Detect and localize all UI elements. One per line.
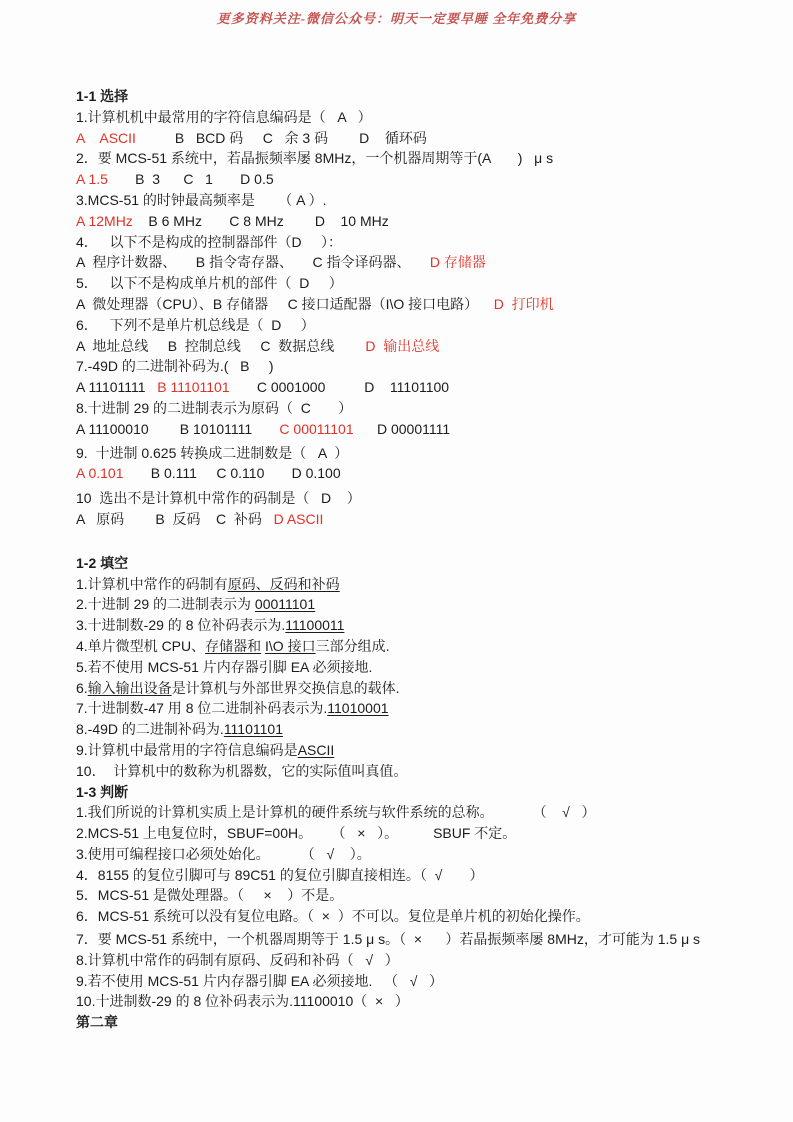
- text-segment: 是计算机与外部世界交换信息的载体.: [172, 680, 400, 696]
- text-line: 7.-49D 的二进制补码为.( B ): [76, 356, 783, 377]
- text-line: 8.十进制 29 的二进制表示为原码（ C ）: [76, 398, 783, 419]
- text-line: 9. 十进制 0.625 转换成二进制数是（ A ）: [76, 443, 783, 464]
- text-line: A 地址总线 B 控制总线 C 数据总线 D 输出总线: [76, 336, 783, 357]
- text-segment: 9. 十进制 0.625 转换成二进制数是（ A ）: [76, 445, 348, 461]
- text-line: 5.若不使用 MCS-51 片内存器引脚 EA 必须接地.: [76, 657, 783, 678]
- text-segment: A 原码 B 反码 C 补码: [76, 511, 274, 527]
- text-line: 6． 下列不是单片机总线是（ D ）: [76, 315, 783, 336]
- text-segment: 7.-49D 的二进制补码为.( B ): [76, 358, 274, 374]
- text-segment: B BCD 码 C 余 3 码 D 循环码: [136, 130, 427, 146]
- answer-red-segment: C 00011101: [279, 421, 353, 437]
- text-segment: 8.十进制 29 的二进制表示为原码（ C ）: [76, 400, 352, 416]
- text-segment: A 程序计数器、 B 指令寄存器、 C 指令译码器、: [76, 254, 430, 270]
- text-segment: A 地址总线 B 控制总线 C 数据总线: [76, 338, 365, 354]
- text-line: 4．8155 的复位引脚可与 89C51 的复位引脚直接相连。（ √ ）: [76, 865, 783, 886]
- fill-blank-answer: 00011101: [255, 596, 315, 612]
- text-segment: 9.若不使用 MCS-51 片内存器引脚 EA 必须接地. （ √ ）: [76, 973, 443, 989]
- text-line: 10.十进制数-29 的 8 位补码表示为.11100010（ × ）: [76, 991, 783, 1012]
- text-segment: 2.MCS-51 上电复位时，SBUF=00H。 （ × ）。 SBUF 不定。: [76, 825, 516, 841]
- text-segment: 3.MCS-51 的时钟最高频率是 （ A ）.: [76, 192, 326, 208]
- text-segment: A 11100010 B 10101111: [76, 421, 279, 437]
- fill-blank-answer: I\O 接口: [265, 638, 316, 654]
- text-segment: 3.十进制数-29 的 8 位补码表示为.: [76, 617, 285, 633]
- text-line: 2．要 MCS-51 系统中，若晶振频率屡 8MHz，一个机器周期等于(A ) …: [76, 148, 783, 169]
- text-line: 10 选出不是计算机中常作的码制是（ D ）: [76, 488, 783, 509]
- text-line: A 11100010 B 10101111 C 00011101 D 00001…: [76, 419, 783, 440]
- text-segment: 10 选出不是计算机中常作的码制是（ D ）: [76, 490, 361, 506]
- fill-blank-answer: 存储器和: [205, 638, 261, 654]
- text-line: A 11101111 B 11101101 C 0001000 D 111011…: [76, 377, 783, 398]
- text-segment: A 微处理器（CPU）、B 存储器 C 接口适配器（I\O 接口电路）: [76, 296, 494, 312]
- fill-blank-answer: 11010001: [327, 700, 388, 716]
- section-heading: 1-2 填空: [76, 553, 783, 574]
- text-line: 1.我们所说的计算机实质上是计算机的硬件系统与软件系统的总称。 （ √ ）: [76, 802, 783, 823]
- text-line: 9.计算机中最常用的字符信息编码是ASCII: [76, 740, 783, 761]
- text-line: 7．要 MCS-51 系统中，一个机器周期等于 1.5 μ s。（ × ）若晶振…: [76, 929, 783, 950]
- text-segment: 10.十进制数-29 的 8 位补码表示为.11100010（ × ）: [76, 993, 409, 1009]
- text-segment: C 0001000 D 11101100: [230, 379, 449, 395]
- text-line: 4． 以下不是构成的控制器部件（D ）：: [76, 232, 783, 253]
- text-segment: 2．要 MCS-51 系统中，若晶振频率屡 8MHz，一个机器周期等于(A ) …: [76, 150, 553, 166]
- text-line: 7.十进制数-47 用 8 位二进制补码表示为.11010001: [76, 698, 783, 719]
- text-segment: B 0.111 C 0.110 D 0.100: [124, 465, 341, 481]
- answer-red-segment: D 存储器: [430, 254, 486, 270]
- answer-red-segment: A 1.5: [76, 171, 108, 187]
- text-segment: 4．8155 的复位引脚可与 89C51 的复位引脚直接相连。（ √ ）: [76, 867, 484, 883]
- text-segment: 1.计算机中常作的码制有: [76, 576, 228, 592]
- text-line: A ASCII B BCD 码 C 余 3 码 D 循环码: [76, 128, 783, 149]
- answer-red-segment: A ASCII: [76, 130, 136, 146]
- text-line: 5．MCS-51 是微处理器。（ × ）不是。: [76, 885, 783, 906]
- text-segment: D 00001111: [354, 421, 451, 437]
- text-segment: B 3 C 1 D 0.5: [108, 171, 274, 187]
- text-line: A 0.101 B 0.111 C 0.110 D 0.100: [76, 463, 783, 484]
- text-segment: 8.计算机中常作的码制有原码、反码和补码（ √ ）: [76, 952, 399, 968]
- text-line: A 微处理器（CPU）、B 存储器 C 接口适配器（I\O 接口电路） D 打印…: [76, 294, 783, 315]
- text-segment: A 11101111: [76, 379, 157, 395]
- fill-blank-answer: 原码、反码和补码: [228, 576, 340, 592]
- text-segment: 1.计算机机中最常用的字符信息编码是（ A ）: [76, 109, 372, 125]
- section-heading: 第二章: [76, 1012, 783, 1033]
- text-segment: 7.十进制数-47 用 8 位二进制补码表示为.: [76, 700, 327, 716]
- text-line: A 1.5 B 3 C 1 D 0.5: [76, 169, 783, 190]
- text-segment: 三部分组成.: [316, 638, 390, 654]
- text-segment: 2.十进制 29 的二进制表示为: [76, 596, 255, 612]
- text-segment: 9.计算机中最常用的字符信息编码是: [76, 742, 298, 758]
- text-line: 4.单片微型机 CPU、存储器和 I\O 接口三部分组成.: [76, 636, 783, 657]
- text-segment: 1.我们所说的计算机实质上是计算机的硬件系统与软件系统的总称。 （ √ ）: [76, 804, 595, 820]
- text-line: 2.十进制 29 的二进制表示为 00011101: [76, 594, 783, 615]
- text-segment: 6． 下列不是单片机总线是（ D ）: [76, 317, 315, 333]
- text-segment: 7．要 MCS-51 系统中，一个机器周期等于 1.5 μ s。（ × ）若晶振…: [76, 931, 700, 947]
- document-page: 更多资料关注-微信公众号：明天一定要早睡 全年免费分享 1-1 选择1.计算机机…: [0, 0, 793, 1122]
- text-line: A 程序计数器、 B 指令寄存器、 C 指令译码器、 D 存储器: [76, 252, 783, 273]
- text-line: 6．MCS-51 系统可以没有复位电路。（ × ）不可以。复位是单片机的初始化操…: [76, 906, 783, 927]
- text-segment: 8.-49D 的二进制补码为.: [76, 721, 224, 737]
- text-segment: 6．MCS-51 系统可以没有复位电路。（ × ）不可以。复位是单片机的初始化操…: [76, 908, 590, 924]
- fill-blank-answer: 输入输出设备: [88, 680, 172, 696]
- section-heading: 1-1 选择: [76, 86, 783, 107]
- text-line: 6.输入输出设备是计算机与外部世界交换信息的载体.: [76, 678, 783, 699]
- answer-red-segment: B 11101101: [157, 379, 229, 395]
- text-line: 5． 以下不是构成单片机的部件（ D ）: [76, 273, 783, 294]
- text-line: A 原码 B 反码 C 补码 D ASCII: [76, 509, 783, 530]
- text-line: 10． 计算机中的数称为机器数，它的实际值叫真值。: [76, 761, 783, 782]
- text-segment: 6.: [76, 680, 88, 696]
- text-line: 9.若不使用 MCS-51 片内存器引脚 EA 必须接地. （ √ ）: [76, 971, 783, 992]
- text-line: 3.使用可编程接口必须处始化。 （ √ ）。: [76, 844, 783, 865]
- text-line: 3.十进制数-29 的 8 位补码表示为.11100011: [76, 615, 783, 636]
- text-line: 1.计算机中常作的码制有原码、反码和补码: [76, 574, 783, 595]
- text-segment: 4． 以下不是构成的控制器部件（D ）：: [76, 234, 342, 250]
- text-segment: B 6 MHz C 8 MHz D 10 MHz: [133, 213, 389, 229]
- answer-red-segment: A 12MHz: [76, 213, 133, 229]
- text-segment: 5． 以下不是构成单片机的部件（ D ）: [76, 275, 343, 291]
- text-segment: 5．MCS-51 是微处理器。（ × ）不是。: [76, 887, 343, 903]
- text-line: 8.计算机中常作的码制有原码、反码和补码（ √ ）: [76, 950, 783, 971]
- text-line: 8.-49D 的二进制补码为.11101101: [76, 719, 783, 740]
- text-segment: 5.若不使用 MCS-51 片内存器引脚 EA 必须接地.: [76, 659, 372, 675]
- fill-blank-answer: 11101101: [224, 721, 283, 737]
- answer-red-segment: D ASCII: [274, 511, 324, 527]
- section-heading: 1-3 判断: [76, 782, 783, 803]
- answer-red-segment: D 打印机: [494, 296, 554, 312]
- answer-red-segment: A 0.101: [76, 465, 124, 481]
- text-line: 2.MCS-51 上电复位时，SBUF=00H。 （ × ）。 SBUF 不定。: [76, 823, 783, 844]
- answer-red-segment: D 输出总线: [365, 338, 439, 354]
- fill-blank-answer: ASCII: [298, 742, 335, 758]
- text-segment: 3.使用可编程接口必须处始化。 （ √ ）。: [76, 846, 371, 862]
- fill-blank-answer: 11100011: [285, 617, 344, 633]
- watermark-header: 更多资料关注-微信公众号：明天一定要早睡 全年免费分享: [0, 8, 793, 27]
- text-line: 3.MCS-51 的时钟最高频率是 （ A ）.: [76, 190, 783, 211]
- text-segment: 10． 计算机中的数称为机器数，它的实际值叫真值。: [76, 763, 407, 779]
- text-line: 1.计算机机中最常用的字符信息编码是（ A ）: [76, 107, 783, 128]
- document-content: 1-1 选择1.计算机机中最常用的字符信息编码是（ A ）A ASCII B B…: [76, 86, 783, 1033]
- text-line: A 12MHz B 6 MHz C 8 MHz D 10 MHz: [76, 211, 783, 232]
- text-segment: 4.单片微型机 CPU、: [76, 638, 205, 654]
